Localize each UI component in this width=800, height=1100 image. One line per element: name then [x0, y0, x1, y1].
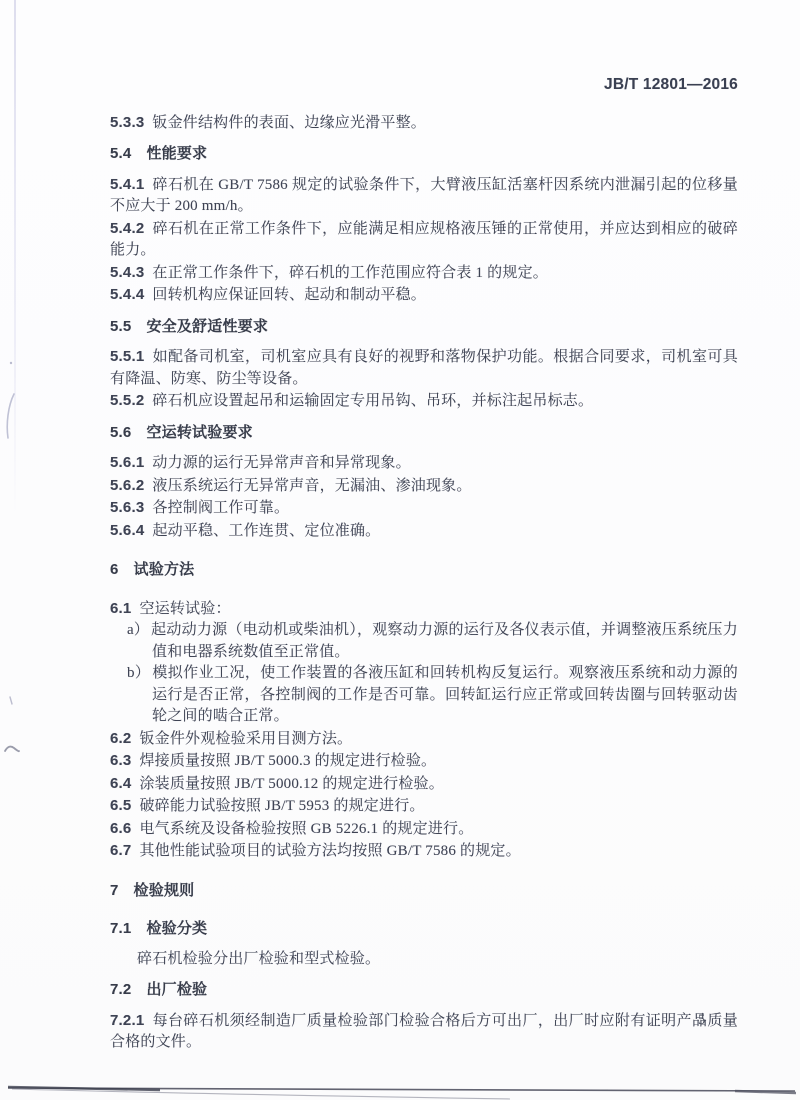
clause-number: 5.4 [110, 145, 131, 162]
clause-number: 5.4.3 [110, 264, 144, 281]
clause-text: 钣金件结构件的表面、边缘应光滑平整。 [152, 115, 426, 131]
clause-number: 6.5 [110, 797, 131, 814]
clause-number: 7 [110, 882, 119, 899]
clause-text: 每台碎石机须经制造厂质量检验部门检验合格后方可出厂，出厂时应附有证明产品质量合格… [110, 1013, 738, 1051]
clause-7-2-1: 7.2.1每台碎石机须经制造厂质量检验部门检验合格后方可出厂，出厂时应附有证明产… [110, 1010, 738, 1054]
clause-number: 6 [110, 561, 119, 578]
clause-number: 5.6.4 [110, 522, 144, 539]
section-heading-5-4: 5.4性能要求 [110, 143, 738, 165]
document-body: 5.3.3钣金件结构件的表面、边缘应光滑平整。5.4性能要求5.4.1碎石机在 … [110, 112, 738, 1054]
list-item-b: b）模拟作业工况，使工作装置的各液压缸和回转机构反复运行。观察液压系统和动力源的… [110, 663, 738, 728]
clause-text: 各控制阀工作可靠。 [152, 500, 289, 516]
clause-5-4-4: 5.4.4回转机构应保证回转、起动和制动平稳。 [110, 284, 738, 307]
clause-text: 动力源的运行无异常声音和异常现象。 [152, 455, 410, 471]
clause-text: 其他性能试验项目的试验方法均按照 GB/T 7586 的规定。 [139, 843, 520, 859]
clause-number: 6.7 [110, 842, 131, 859]
clause-text: 如配备司机室，司机室应具有良好的视野和落物保护功能。根据合同要求，司机室可具有降… [110, 349, 738, 387]
clause-number: 5.5.2 [110, 392, 144, 409]
clause-number: 5.4.4 [110, 286, 144, 303]
clause-number: b） [127, 665, 150, 681]
clause-text: 空运转试验要求 [146, 424, 252, 441]
clause-6-7: 6.7其他性能试验项目的试验方法均按照 GB/T 7586 的规定。 [110, 840, 738, 863]
clause-number: a） [127, 622, 149, 638]
section-heading-7-2: 7.2出厂检验 [110, 979, 738, 1001]
clause-text: 模拟作业工况，使工作装置的各液压缸和回转机构反复运行。观察液压系统和动力源的运行… [152, 665, 738, 724]
standard-number-header: JB/T 12801—2016 [110, 74, 738, 96]
clause-5-5-1: 5.5.1如配备司机室，司机室应具有良好的视野和落物保护功能。根据合同要求，司机… [110, 346, 738, 390]
clause-text: 检验分类 [146, 920, 207, 937]
clause-text: 液压系统运行无异常声音，无漏油、渗油现象。 [152, 478, 471, 494]
clause-6-4: 6.4涂装质量按照 JB/T 5000.12 的规定进行检验。 [110, 773, 738, 796]
clause-text: 电气系统及设备检验按照 GB 5226.1 的规定进行。 [139, 821, 473, 837]
clause-number: 5.6.2 [110, 477, 144, 494]
clause-5-4-2: 5.4.2碎石机在正常工作条件下，应能满足相应规格液压锤的正常使用，并应达到相应… [110, 218, 738, 262]
clause-number: 5.4.1 [110, 176, 144, 193]
clause-text: 焊接质量按照 JB/T 5000.3 的规定进行检验。 [139, 753, 436, 769]
clause-text: 空运转试验： [139, 601, 230, 617]
clause-5-4-1: 5.4.1碎石机在 GB/T 7586 规定的试验条件下，大臂液压缸活塞杆因系统… [110, 174, 738, 218]
clause-number: 6.3 [110, 752, 131, 769]
clause-text: 试验方法 [134, 561, 195, 578]
paragraph-body: 碎石机检验分出厂检验和型式检验。 [110, 949, 738, 971]
clause-6-1: 6.1空运转试验： [110, 598, 738, 621]
clause-number: 5.6.1 [110, 454, 144, 471]
clause-number: 5.4.2 [110, 220, 144, 237]
clause-text: 碎石机在 GB/T 7586 规定的试验条件下，大臂液压缸活塞杆因系统内泄漏引起… [110, 177, 738, 215]
clause-text: 安全及舒适性要求 [146, 318, 268, 335]
clause-text: 出厂检验 [146, 981, 207, 998]
section-heading-5-5: 5.5安全及舒适性要求 [110, 316, 738, 338]
clause-number: 5.6.3 [110, 499, 144, 516]
section-heading-6: 6试验方法 [110, 559, 738, 581]
clause-number: 5.3.3 [110, 114, 144, 131]
paper-crease-line [14, 0, 16, 520]
section-heading-5-6: 5.6空运转试验要求 [110, 422, 738, 444]
clause-5-6-4: 5.6.4起动平稳、工作连贯、定位准确。 [110, 520, 738, 543]
scanned-document-page: JB/T 12801—2016 5.3.3钣金件结构件的表面、边缘应光滑平整。5… [0, 0, 800, 1100]
clause-text: 钣金件外观检验采用目测方法。 [139, 731, 352, 747]
clause-6-2: 6.2钣金件外观检验采用目测方法。 [110, 728, 738, 751]
list-item-a: a）起动动力源（电动机或柴油机），观察动力源的运行及各仪表示值，并调整液压系统压… [110, 620, 738, 663]
clause-text: 起动动力源（电动机或柴油机），观察动力源的运行及各仪表示值，并调整液压系统压力值… [151, 622, 738, 660]
clause-text: 碎石机检验分出厂检验和型式检验。 [137, 951, 380, 967]
document-content: JB/T 12801—2016 5.3.3钣金件结构件的表面、边缘应光滑平整。5… [110, 74, 738, 1054]
clause-text: 在正常工作条件下，碎石机的工作范围应符合表 1 的规定。 [152, 265, 548, 281]
clause-number: 7.2.1 [110, 1012, 144, 1029]
clause-number: 5.5 [110, 318, 131, 335]
clause-number: 6.6 [110, 820, 131, 837]
clause-text: 性能要求 [146, 145, 207, 162]
clause-5-3-3: 5.3.3钣金件结构件的表面、边缘应光滑平整。 [110, 112, 738, 135]
clause-text: 起动平稳、工作连贯、定位准确。 [152, 523, 380, 539]
section-heading-7-1: 7.1检验分类 [110, 918, 738, 940]
clause-5-6-3: 5.6.3各控制阀工作可靠。 [110, 497, 738, 520]
page-number: 5 [698, 1012, 705, 1029]
clause-text: 破碎能力试验按照 JB/T 5953 的规定进行。 [139, 798, 424, 814]
clause-number: 7.1 [110, 920, 131, 937]
section-heading-7: 7检验规则 [110, 880, 738, 902]
clause-number: 6.1 [110, 600, 131, 617]
clause-6-3: 6.3焊接质量按照 JB/T 5000.3 的规定进行检验。 [110, 750, 738, 773]
clause-5-5-2: 5.5.2碎石机应设置起吊和运输固定专用吊钩、吊环，并标注起吊标志。 [110, 390, 738, 413]
clause-number: 7.2 [110, 981, 131, 998]
clause-5-6-2: 5.6.2液压系统运行无异常声音，无漏油、渗油现象。 [110, 475, 738, 498]
clause-text: 检验规则 [134, 882, 195, 899]
clause-number: 6.2 [110, 730, 131, 747]
clause-text: 回转机构应保证回转、起动和制动平稳。 [152, 287, 426, 303]
clause-6-5: 6.5破碎能力试验按照 JB/T 5953 的规定进行。 [110, 795, 738, 818]
clause-text: 碎石机在正常工作条件下，应能满足相应规格液压锤的正常使用，并应达到相应的破碎能力… [110, 221, 738, 259]
paper-bottom-edge-shadow [0, 1075, 800, 1100]
clause-6-6: 6.6电气系统及设备检验按照 GB 5226.1 的规定进行。 [110, 818, 738, 841]
clause-5-4-3: 5.4.3在正常工作条件下，碎石机的工作范围应符合表 1 的规定。 [110, 262, 738, 285]
clause-number: 5.6 [110, 424, 131, 441]
clause-text: 涂装质量按照 JB/T 5000.12 的规定进行检验。 [139, 776, 444, 792]
pen-smudge-marks [0, 350, 45, 770]
clause-number: 5.5.1 [110, 348, 144, 365]
clause-text: 碎石机应设置起吊和运输固定专用吊钩、吊环，并标注起吊标志。 [152, 393, 593, 409]
clause-number: 6.4 [110, 775, 131, 792]
clause-5-6-1: 5.6.1动力源的运行无异常声音和异常现象。 [110, 452, 738, 475]
